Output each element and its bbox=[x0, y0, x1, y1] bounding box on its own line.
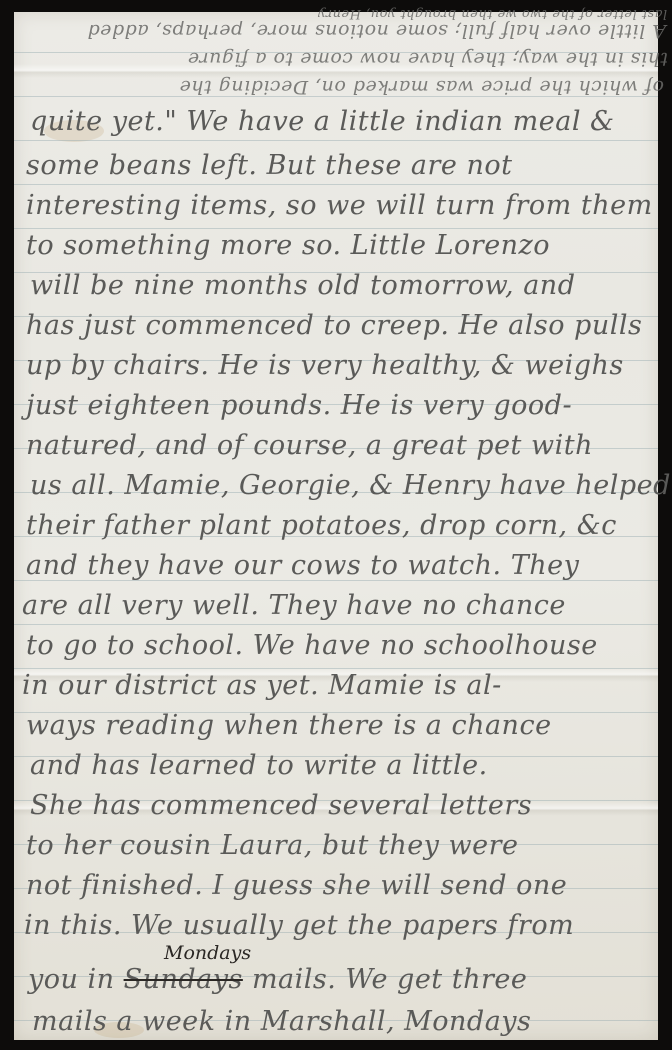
letter-line: and they have our cows to watch. They bbox=[26, 550, 670, 581]
letter-line: quite yet." We have a little indian meal… bbox=[30, 106, 672, 137]
line-text: you in bbox=[28, 964, 124, 995]
upside-down-line: A little over half full; some notions mo… bbox=[22, 20, 666, 42]
letter-line: ways reading when there is a chance bbox=[26, 710, 670, 741]
letter-line: are all very well. They have no chance bbox=[22, 590, 666, 621]
letter-line: in this. We usually get the papers from bbox=[24, 910, 668, 941]
letter-line: in our district as yet. Mamie is al- bbox=[22, 670, 666, 701]
letter-line: up by chairs. He is very healthy, & weig… bbox=[26, 350, 670, 381]
upside-down-line: of which the price was marked on, Decidi… bbox=[20, 76, 664, 98]
line-text: mails. We get three bbox=[243, 964, 527, 995]
letter-line: and has learned to write a little. bbox=[30, 750, 672, 781]
letter-line: some beans left. But these are not bbox=[26, 150, 670, 181]
letter-line: not finished. I guess she will send one bbox=[26, 870, 670, 901]
upside-down-line: The last letter of the two we then broug… bbox=[54, 6, 672, 21]
letter-line: just eighteen pounds. He is very good- bbox=[26, 390, 670, 421]
struck-word: Sundays bbox=[124, 964, 243, 995]
letter-line: us all. Mamie, Georgie, & Henry have hel… bbox=[30, 470, 672, 501]
letter-line: interesting items, so we will turn from … bbox=[26, 190, 670, 221]
letter-line: She has commenced several letters bbox=[30, 790, 672, 821]
letter-line: mails a week in Marshall, Mondays bbox=[32, 1006, 672, 1037]
letter-line: has just commenced to creep. He also pul… bbox=[26, 310, 670, 341]
letter-line: will be nine months old tomorrow, and bbox=[30, 270, 672, 301]
letter-line: natured, and of course, a great pet with bbox=[26, 430, 670, 461]
letter-line: to something more so. Little Lorenzo bbox=[26, 230, 670, 261]
inserted-word: Mondays bbox=[164, 942, 251, 964]
letter-line: their father plant potatoes, drop corn, … bbox=[26, 510, 670, 541]
letter-page: The last letter of the two we then broug… bbox=[14, 12, 658, 1040]
letter-line: you in Sundays mails. We get three bbox=[28, 964, 672, 995]
letter-line: to go to school. We have no schoolhouse bbox=[26, 630, 670, 661]
letter-line: to her cousin Laura, but they were bbox=[26, 830, 670, 861]
upside-down-line: this in the way; they have now come to a… bbox=[24, 48, 668, 70]
